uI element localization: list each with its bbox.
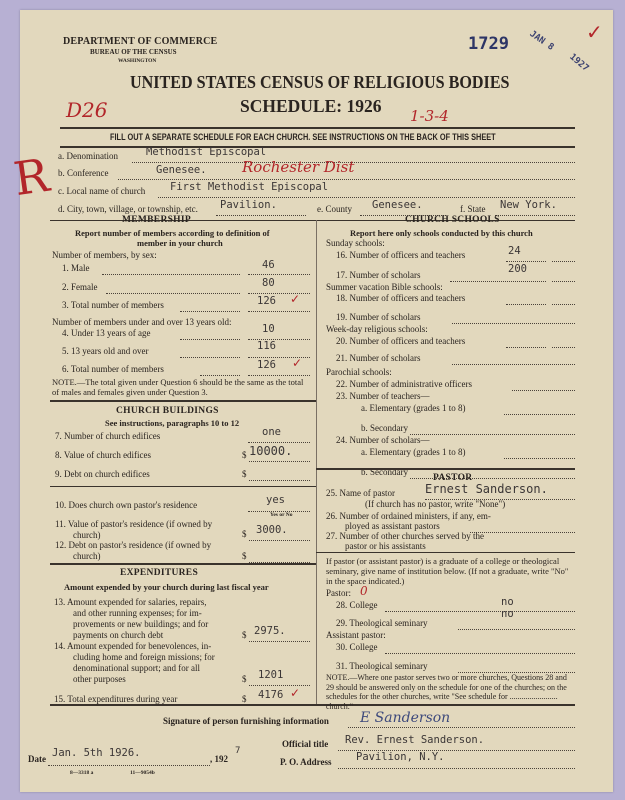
total-members-label: 3. Total number of members [62, 300, 164, 310]
parochial-schools-label: Parochial schools: [326, 367, 392, 377]
church-schools-heading: CHURCH SCHOOLS [405, 215, 500, 225]
expenditures-heading: EXPENDITURES [120, 568, 198, 578]
over-13-leader [180, 357, 240, 358]
total-members-line [248, 311, 310, 312]
q17-line-2 [552, 281, 575, 282]
q16-line [506, 261, 546, 262]
q27-label: 27. Number of other churches served by t… [326, 531, 484, 541]
q25-hint: (If church has no pastor, write "None") [365, 499, 505, 509]
q29-line [458, 629, 575, 630]
q26-label: 26. Number of ordained ministers, if any… [326, 511, 491, 521]
graduate-instruction: If pastor (or assistant pastor) is a gra… [326, 556, 576, 586]
q18-field[interactable] [506, 304, 546, 305]
city-field[interactable]: Pavilion. [220, 199, 277, 211]
over-13-field[interactable]: 116 [257, 340, 276, 352]
q16-field[interactable]: 24 [508, 245, 521, 257]
expenditures-subtitle: Amount expended by your church during la… [64, 582, 269, 592]
edifices-count-label: 7. Number of church edifices [55, 431, 160, 441]
q19-field[interactable] [452, 323, 575, 324]
female-leader [106, 293, 240, 294]
margin-mark-r: R [10, 148, 52, 206]
date-line [48, 765, 210, 766]
female-label: 2. Female [62, 282, 98, 292]
print-code-1: 8—3318 a [70, 770, 93, 776]
bureau-heading: BUREAU OF THE CENSUS [90, 48, 177, 56]
q14-label-line-4: other purposes [73, 674, 126, 684]
q23b-field[interactable] [410, 434, 575, 435]
q23a-label: a. Elementary (grades 1 to 8) [361, 403, 465, 413]
currency-sign: $ [242, 469, 247, 479]
q30-label: 30. College [336, 642, 378, 652]
pastor-name-field[interactable]: Ernest Sanderson. [425, 482, 548, 496]
state-line [495, 215, 575, 216]
po-address-field[interactable]: Pavilion, N.Y. [356, 751, 445, 763]
membership-subtitle: Report number of members according to de… [75, 228, 270, 238]
q21-field[interactable] [452, 364, 575, 365]
q21-label: 21. Number of scholars [336, 353, 420, 363]
male-line [248, 274, 310, 275]
check-mark-icon: ✓ [290, 686, 300, 700]
under-13-leader [180, 339, 240, 340]
q28-line [385, 611, 575, 612]
signature-label: Signature of person furnishing informati… [163, 716, 329, 726]
q13-label-line-4: payments on church debt [73, 630, 163, 640]
weekday-schools-label: Week-day religious schools: [326, 324, 428, 334]
pastor-subheading: Pastor: [326, 588, 351, 598]
church-name-field[interactable]: First Methodist Episcopal [170, 181, 328, 193]
q29-field[interactable]: no [501, 608, 514, 620]
edifices-debt-field [249, 480, 310, 481]
q23-label: 23. Number of teachers— [336, 391, 429, 401]
sunday-schools-label: Sunday schools: [326, 238, 385, 248]
q20-field[interactable] [506, 347, 546, 348]
q15-label: 15. Total expenditures during year [54, 694, 177, 704]
church-buildings-subtitle: See instructions, paragraphs 10 to 12 [105, 418, 239, 428]
q24a-field[interactable] [504, 458, 575, 459]
currency-sign: $ [242, 529, 247, 539]
annotation-d26: D26 [66, 98, 107, 122]
q16-label: 16. Number of officers and teachers [336, 250, 465, 260]
year-digit[interactable]: 7 [235, 746, 240, 756]
total-members-field[interactable]: 126 [257, 295, 276, 307]
q17-line [450, 281, 546, 282]
q26-field[interactable] [470, 532, 575, 533]
under-13-field[interactable]: 10 [262, 323, 275, 335]
total-members-2-leader [200, 375, 240, 376]
q20-line-2 [552, 347, 575, 348]
q25-label: 25. Name of pastor [326, 488, 395, 498]
q28-label: 28. College [336, 600, 378, 610]
church-schools-subtitle: Report here only schools conducted by th… [350, 228, 533, 238]
total-members-leader [180, 311, 240, 312]
q29-label: 29. Theological seminary [336, 618, 428, 628]
q13-label-line-2: and other running expenses; for im- [73, 608, 202, 618]
over-13-label: 5. 13 years old and over [62, 346, 148, 356]
q20-label: 20. Number of officers and teachers [336, 336, 465, 346]
denomination-field[interactable]: Methodist Episcopal [146, 146, 266, 158]
members-by-age-label: Number of members under and over 13 year… [52, 317, 231, 327]
total-members-2-line [248, 375, 310, 376]
currency-sign: $ [242, 551, 247, 561]
residence-value-line [249, 540, 310, 541]
q26-label-2: ployed as assistant pastors [345, 521, 440, 531]
pastor-rule [316, 552, 575, 553]
currency-sign: $ [242, 694, 247, 704]
state-label: f. State [460, 204, 486, 214]
edifices-value-label: 8. Value of church edifices [55, 450, 151, 460]
department-heading: DEPARTMENT OF COMMERCE [63, 36, 217, 47]
conference-field[interactable]: Genesee. [156, 164, 207, 176]
schedule-title: SCHEDULE: 1926 [240, 96, 381, 117]
edifices-count-field[interactable]: one [262, 426, 281, 438]
check-mark-icon: ✓ [292, 356, 302, 370]
residence-debt-label-2: church) [73, 551, 100, 561]
form-number: 1729 [468, 34, 509, 54]
q13-amount-field[interactable]: 2975. [254, 625, 286, 637]
county-field[interactable]: Genesee. [372, 199, 423, 211]
buildings-rule [50, 486, 316, 487]
membership-heading: MEMBERSHIP [122, 215, 191, 225]
city-line [216, 215, 306, 216]
female-line [248, 293, 310, 294]
edifices-value-line [249, 461, 310, 462]
q17-field[interactable]: 200 [508, 263, 527, 275]
owns-residence-field[interactable]: yes [266, 494, 285, 506]
schools-rule [316, 468, 575, 470]
received-stamp-year: 1927 [567, 52, 590, 74]
summer-schools-label: Summer vacation Bible schools: [326, 282, 443, 292]
po-address-line [338, 768, 575, 769]
male-count-field[interactable]: 46 [262, 259, 275, 271]
check-mark-icon: ✓ [290, 292, 300, 306]
conference-label: b. Conference [58, 168, 108, 178]
census-schedule-sheet: DEPARTMENT OF COMMERCE BUREAU OF THE CEN… [20, 10, 613, 792]
female-count-field[interactable]: 80 [262, 277, 275, 289]
header-rule-top [60, 127, 575, 129]
column-divider [316, 220, 317, 704]
q18-label: 18. Number of officers and teachers [336, 293, 465, 303]
q30-field[interactable] [385, 653, 575, 654]
po-address-label: P. O. Address [280, 757, 332, 767]
denomination-label: a. Denomination [58, 151, 118, 161]
q22-field[interactable] [512, 390, 575, 391]
year-suffix: , 192 [210, 754, 228, 764]
currency-sign: $ [242, 630, 247, 640]
residence-debt-label: 12. Debt on pastor's residence (if owned… [55, 540, 211, 550]
q15-total-field[interactable]: 4176 [258, 689, 283, 701]
date-label: Date [28, 754, 46, 764]
membership-subtitle-2: member in your church [137, 238, 223, 248]
q14-label-line-3: denominational support; and for all [73, 663, 200, 673]
male-leader [102, 274, 240, 275]
q24a-label: a. Elementary (grades 1 to 8) [361, 447, 465, 457]
owns-residence-label: 10. Does church own pastor's residence [55, 500, 197, 510]
church-buildings-heading: CHURCH BUILDINGS [116, 406, 219, 416]
q23b-label: b. Secondary [361, 423, 408, 433]
signature-field[interactable]: E Sanderson [360, 710, 450, 726]
signature-line [348, 727, 575, 728]
q14-label-line-2: cluding home and foreign missions; for [73, 652, 215, 662]
q13-label-line-3: provements or new buildings; and for [73, 619, 208, 629]
male-label: 1. Male [62, 263, 90, 273]
q13-label-line-1: 13. Amount expended for salaries, repair… [54, 597, 206, 607]
form-title: UNITED STATES CENSUS OF RELIGIOUS BODIES [130, 72, 510, 93]
currency-sign: $ [242, 674, 247, 684]
residence-value-label: 11. Value of pastor's residence (if owne… [55, 519, 212, 529]
q17-label: 17. Number of scholars [336, 270, 420, 280]
q14-label-line-1: 14. Amount expended for benevolences, in… [54, 641, 211, 651]
q27-label-2: pastor or his assistants [345, 541, 426, 551]
members-by-sex-label: Number of members, by sex: [52, 250, 157, 260]
currency-sign: $ [242, 450, 247, 460]
edifices-value-field[interactable]: 10000. [249, 444, 292, 458]
check-mark-icon: ✓ [586, 20, 603, 44]
edifices-debt-label: 9. Debt on church edifices [55, 469, 150, 479]
q18-line-2 [552, 304, 575, 305]
membership-note: NOTE.—The total given under Question 6 s… [52, 377, 310, 397]
q14-amount-field[interactable]: 1201 [258, 669, 283, 681]
pastor-note: NOTE.—Where one pastor serves two or mor… [326, 673, 576, 711]
q22-label: 22. Number of administrative officers [336, 379, 472, 389]
membership-rule [50, 400, 316, 402]
q23a-field[interactable] [504, 414, 575, 415]
under-13-label: 4. Under 13 years of age [62, 328, 150, 338]
residence-value-label-2: church) [73, 530, 100, 540]
buildings-rule-bottom [50, 563, 316, 565]
edifices-count-line [248, 442, 310, 443]
conference-line [118, 179, 575, 180]
print-code-2: 11—9054b [130, 770, 155, 776]
total-members-2-field[interactable]: 126 [257, 359, 276, 371]
annotation-1-3-4: 1-3-4 [410, 107, 449, 125]
county-label: e. County [317, 204, 352, 214]
q13-line [249, 641, 310, 642]
q31-label: 31. Theological seminary [336, 661, 428, 671]
official-title-field[interactable]: Rev. Ernest Sanderson. [345, 734, 484, 746]
q14-line [249, 685, 310, 686]
q28-field[interactable]: no [501, 596, 514, 608]
church-name-line [158, 197, 575, 198]
total-members-2-label: 6. Total number of members [62, 364, 164, 374]
city-label: d. City, town, village, or township, etc… [58, 204, 198, 214]
q24-label: 24. Number of scholars— [336, 435, 429, 445]
church-name-label: c. Local name of church [58, 186, 145, 196]
q16-line-2 [552, 261, 575, 262]
assistant-pastor-subheading: Assistant pastor: [326, 630, 386, 640]
q19-label: 19. Number of scholars [336, 312, 420, 322]
received-stamp-date: JAN 8 [528, 29, 556, 53]
official-title-label: Official title [282, 739, 328, 749]
pastor-handwritten-mark: 0 [360, 584, 368, 598]
state-field[interactable]: New York. [500, 199, 557, 211]
date-field[interactable]: Jan. 5th 1926. [52, 747, 141, 759]
fill-out-instruction: FILL OUT A SEPARATE SCHEDULE FOR EACH CH… [110, 132, 496, 142]
yes-no-hint: Yes or No [270, 512, 293, 518]
conference-handwritten-note: Rochester Dist [242, 158, 354, 176]
header-rule-bottom [60, 146, 575, 148]
city-heading: WASHINGTON [118, 58, 156, 64]
residence-value-field[interactable]: 3000. [256, 524, 288, 536]
